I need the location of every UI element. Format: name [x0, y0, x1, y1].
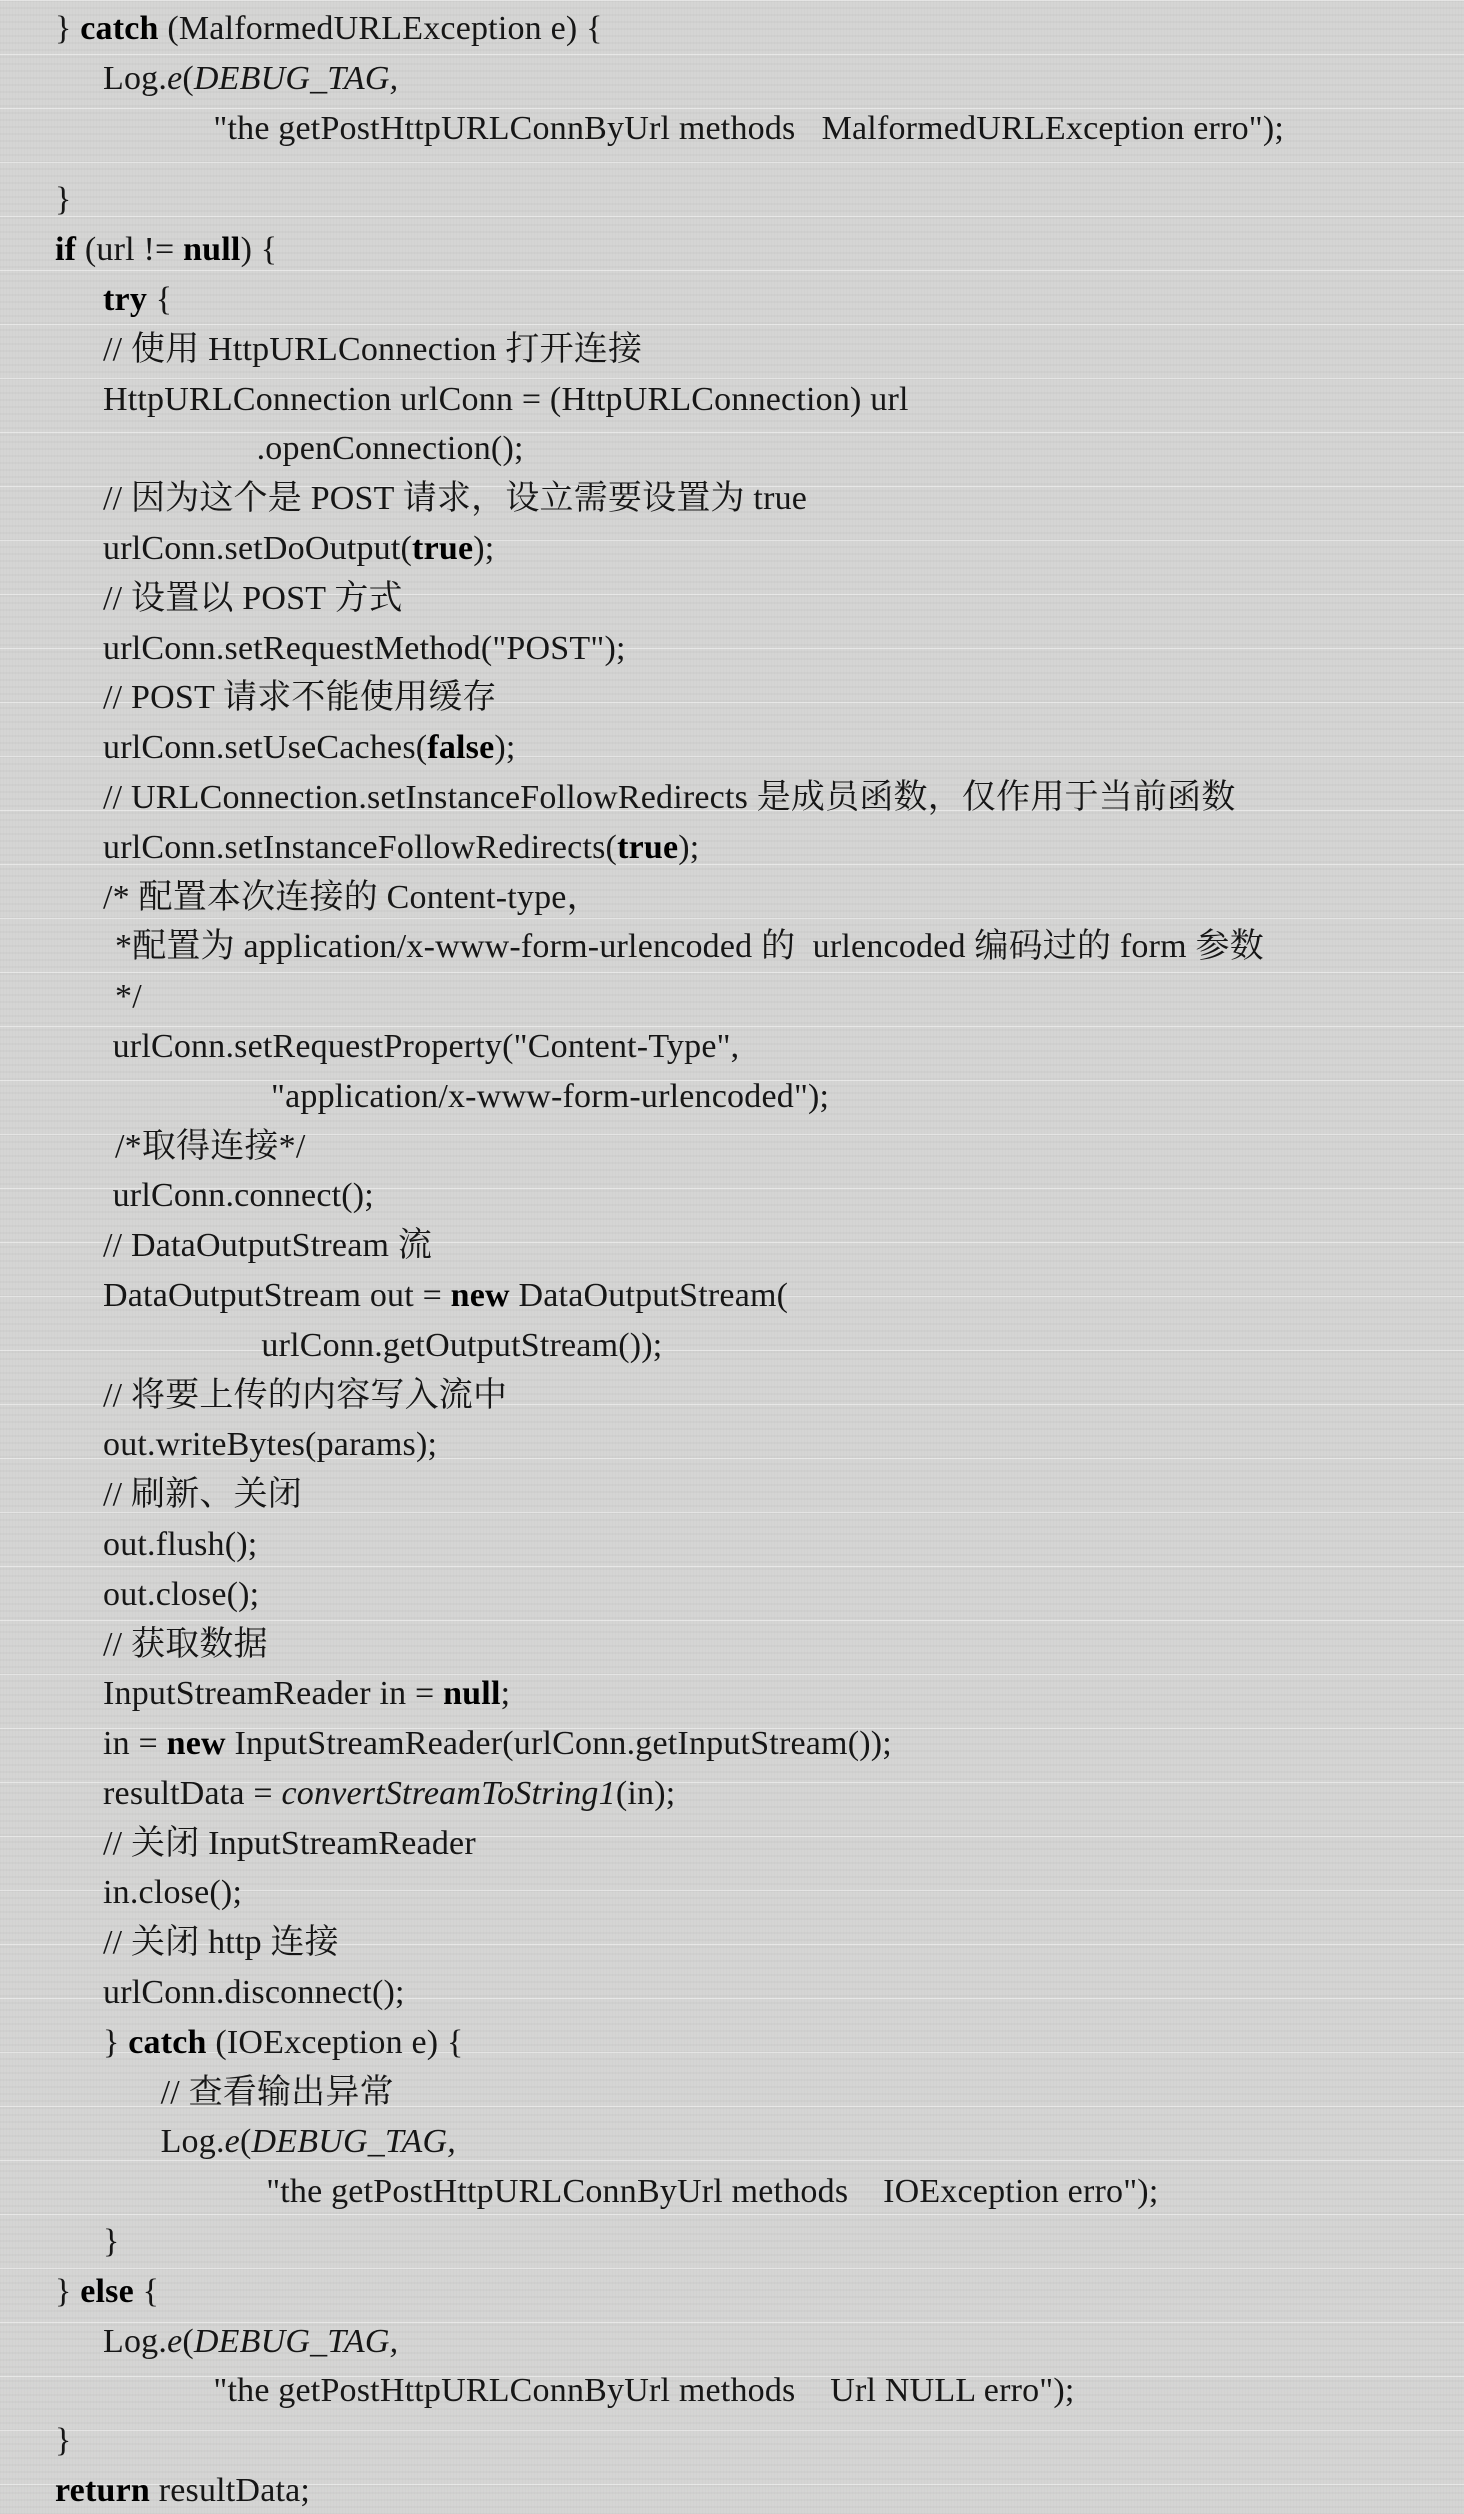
code-text: (MalformedURLException e) {	[159, 10, 603, 47]
code-line: urlConn.disconnect();	[0, 1968, 1464, 2018]
code-line: // DataOutputStream 流	[0, 1221, 1464, 1271]
code-text: // 设置以 POST 方式	[103, 580, 403, 617]
code-text: // DataOutputStream 流	[103, 1227, 432, 1264]
code-line: in = new InputStreamReader(urlConn.getIn…	[0, 1719, 1464, 1769]
code-text: (url !=	[76, 231, 183, 268]
code-listing: } catch (MalformedURLException e) {Log.e…	[0, 0, 1464, 2514]
code-line: // 关闭 InputStreamReader	[0, 1819, 1464, 1869]
code-line: resultData = convertStreamToString1(in);	[0, 1769, 1464, 1819]
code-line: if (url != null) {	[0, 225, 1464, 275]
code-text: // 关闭 InputStreamReader	[103, 1825, 476, 1862]
code-text: /*取得连接*/	[115, 1128, 306, 1165]
code-line: try {	[0, 275, 1464, 325]
code-text: Log.	[103, 60, 167, 97]
code-line: out.writeBytes(params);	[0, 1420, 1464, 1470]
code-line: out.flush();	[0, 1520, 1464, 1570]
italic-identifier: e	[167, 60, 182, 97]
code-line: urlConn.getOutputStream());	[0, 1321, 1464, 1371]
code-text: (	[182, 60, 194, 97]
code-line: } catch (IOException e) {	[0, 2018, 1464, 2068]
code-text: InputStreamReader(urlConn.getInputStream…	[226, 1725, 892, 1762]
code-text: // POST 请求不能使用缓存	[103, 679, 497, 716]
code-text: // 获取数据	[103, 1626, 268, 1663]
code-line: "the getPostHttpURLConnByUrl methods Url…	[0, 2366, 1464, 2416]
code-text: // 将要上传的内容写入流中	[103, 1377, 507, 1414]
code-line: urlConn.setDoOutput(true);	[0, 524, 1464, 574]
code-text: }	[55, 10, 80, 47]
code-line: .openConnection();	[0, 424, 1464, 474]
code-text: DataOutputStream out =	[103, 1277, 451, 1314]
code-text: *配置为 application/x-www-form-urlencoded 的…	[115, 928, 1264, 965]
code-text: out.close();	[103, 1576, 259, 1613]
keyword-text: return	[55, 2472, 150, 2509]
code-line: // 因为这个是 POST 请求，设立需要设置为 true	[0, 474, 1464, 524]
keyword-text: true	[412, 530, 473, 567]
code-line: // 刷新、关闭	[0, 1470, 1464, 1520]
code-text: (	[240, 2123, 252, 2160]
code-text: );	[494, 729, 515, 766]
code-text: urlConn.setRequestProperty("Content-Type…	[113, 1028, 740, 1065]
code-text: // 因为这个是 POST 请求，设立需要设置为 true	[103, 480, 807, 517]
keyword-text: if	[55, 231, 76, 268]
code-text: ) {	[241, 231, 278, 268]
code-text: // 使用 HttpURLConnection 打开连接	[103, 331, 642, 368]
code-text: (	[182, 2323, 194, 2360]
code-text: urlConn.setDoOutput(	[103, 530, 412, 567]
code-line: /*取得连接*/	[0, 1122, 1464, 1172]
code-text: "the getPostHttpURLConnByUrl methods Mal…	[213, 110, 1284, 147]
italic-identifier: e	[225, 2123, 240, 2160]
code-text: }	[103, 2223, 120, 2260]
code-line: "the getPostHttpURLConnByUrl methods IOE…	[0, 2167, 1464, 2217]
keyword-text: new	[167, 1725, 226, 1762]
code-line: // POST 请求不能使用缓存	[0, 673, 1464, 723]
code-line: // 查看输出异常	[0, 2068, 1464, 2118]
italic-identifier: DEBUG_TAG,	[252, 2123, 456, 2160]
code-text: {	[147, 281, 172, 318]
code-text: urlConn.getOutputStream());	[261, 1327, 662, 1364]
keyword-text: try	[103, 281, 147, 318]
code-text: urlConn.connect();	[113, 1177, 374, 1214]
code-text: "the getPostHttpURLConnByUrl methods IOE…	[266, 2173, 1158, 2210]
code-text: ;	[501, 1675, 511, 1712]
code-text: Log.	[103, 2323, 167, 2360]
code-text: {	[134, 2273, 159, 2310]
code-text: (IOException e) {	[207, 2024, 464, 2061]
code-text: .openConnection();	[257, 430, 524, 467]
keyword-text: null	[183, 231, 241, 268]
code-text: }	[103, 2024, 128, 2061]
code-line: /* 配置本次连接的 Content-type，	[0, 873, 1464, 923]
code-text: urlConn.setUseCaches(	[103, 729, 427, 766]
code-text: DataOutputStream(	[510, 1277, 788, 1314]
keyword-text: null	[443, 1675, 501, 1712]
italic-identifier: DEBUG_TAG,	[194, 2323, 398, 2360]
code-line: }	[0, 175, 1464, 225]
code-text: urlConn.setInstanceFollowRedirects(	[103, 829, 617, 866]
code-line: } catch (MalformedURLException e) {	[0, 4, 1464, 54]
keyword-text: catch	[128, 2024, 206, 2061]
code-line: // 将要上传的内容写入流中	[0, 1371, 1464, 1421]
italic-identifier: convertStreamToString1	[282, 1775, 616, 1812]
code-line: // 关闭 http 连接	[0, 1918, 1464, 1968]
code-line: Log.e(DEBUG_TAG,	[0, 2317, 1464, 2367]
code-line: // 获取数据	[0, 1620, 1464, 1670]
code-line: }	[0, 2217, 1464, 2267]
code-text: /* 配置本次连接的 Content-type，	[103, 879, 601, 916]
code-text: in =	[103, 1725, 167, 1762]
code-text: resultData =	[103, 1775, 282, 1812]
code-text: */	[115, 978, 142, 1015]
code-line: urlConn.setRequestMethod("POST");	[0, 624, 1464, 674]
code-text: }	[55, 2273, 80, 2310]
code-line: urlConn.setRequestProperty("Content-Type…	[0, 1022, 1464, 1072]
code-text: );	[678, 829, 699, 866]
code-text: "application/x-www-form-urlencoded");	[271, 1078, 829, 1115]
code-text: out.writeBytes(params);	[103, 1426, 437, 1463]
keyword-text: else	[80, 2273, 134, 2310]
code-text: // 关闭 http 连接	[103, 1924, 339, 1961]
code-line: // 设置以 POST 方式	[0, 574, 1464, 624]
code-line: HttpURLConnection urlConn = (HttpURLConn…	[0, 375, 1464, 425]
code-text: }	[55, 181, 72, 218]
keyword-text: false	[427, 729, 494, 766]
code-text: // 查看输出异常	[161, 2074, 394, 2111]
code-line: DataOutputStream out = new DataOutputStr…	[0, 1271, 1464, 1321]
code-text: // URLConnection.setInstanceFollowRedire…	[103, 779, 1236, 816]
code-line: out.close();	[0, 1570, 1464, 1620]
italic-identifier: e	[167, 2323, 182, 2360]
code-line: urlConn.connect();	[0, 1171, 1464, 1221]
scanned-code-page: } catch (MalformedURLException e) {Log.e…	[0, 0, 1464, 2514]
code-line: urlConn.setInstanceFollowRedirects(true)…	[0, 823, 1464, 873]
code-text: urlConn.setRequestMethod("POST");	[103, 630, 626, 667]
code-line: Log.e(DEBUG_TAG,	[0, 2117, 1464, 2167]
code-text: out.flush();	[103, 1526, 257, 1563]
code-text: );	[473, 530, 494, 567]
code-text: HttpURLConnection urlConn = (HttpURLConn…	[103, 381, 909, 418]
code-text: urlConn.disconnect();	[103, 1974, 405, 2011]
code-text: InputStreamReader in =	[103, 1675, 443, 1712]
keyword-text: new	[451, 1277, 510, 1314]
code-text: in.close();	[103, 1874, 242, 1911]
code-text: Log.	[161, 2123, 225, 2160]
code-text: // 刷新、关闭	[103, 1476, 302, 1513]
code-line: return resultData;	[0, 2466, 1464, 2514]
code-line: "application/x-www-form-urlencoded");	[0, 1072, 1464, 1122]
italic-identifier: DEBUG_TAG,	[194, 60, 398, 97]
code-line: "the getPostHttpURLConnByUrl methods Mal…	[0, 104, 1464, 154]
code-text: resultData;	[150, 2472, 310, 2509]
code-line: *配置为 application/x-www-form-urlencoded 的…	[0, 922, 1464, 972]
code-line: // 使用 HttpURLConnection 打开连接	[0, 325, 1464, 375]
keyword-text: true	[617, 829, 678, 866]
code-line: InputStreamReader in = null;	[0, 1669, 1464, 1719]
keyword-text: catch	[80, 10, 158, 47]
code-line: }	[0, 2416, 1464, 2466]
code-line: in.close();	[0, 1868, 1464, 1918]
code-line: */	[0, 972, 1464, 1022]
code-line: urlConn.setUseCaches(false);	[0, 723, 1464, 773]
code-text: }	[55, 2422, 72, 2459]
code-text: (in);	[616, 1775, 676, 1812]
code-text: "the getPostHttpURLConnByUrl methods Url…	[213, 2372, 1074, 2409]
code-line: Log.e(DEBUG_TAG,	[0, 54, 1464, 104]
code-line: } else {	[0, 2267, 1464, 2317]
code-line: // URLConnection.setInstanceFollowRedire…	[0, 773, 1464, 823]
blank-line	[0, 153, 1464, 175]
